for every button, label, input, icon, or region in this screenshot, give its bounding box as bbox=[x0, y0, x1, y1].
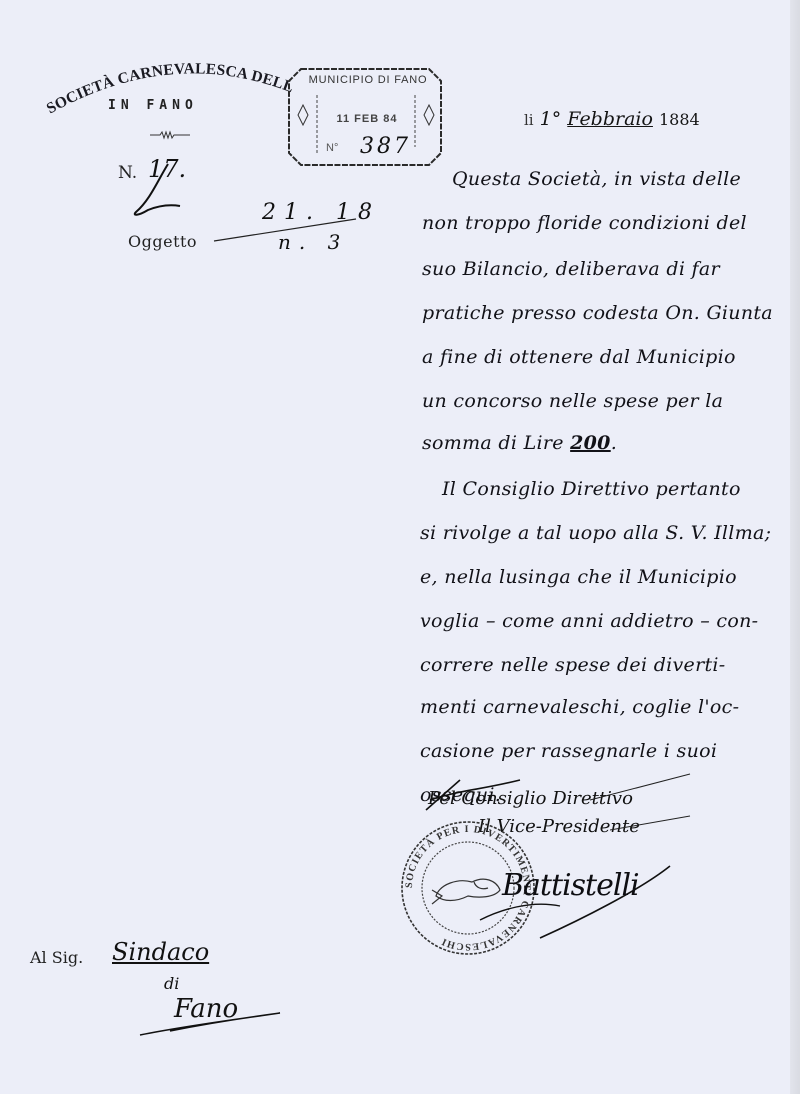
number-flourish bbox=[128, 160, 198, 220]
stamp-date: 11 FEB 84 bbox=[322, 113, 412, 125]
letterhead-city: IN FANO bbox=[108, 98, 198, 113]
amount-value: 200 bbox=[570, 432, 611, 454]
body-line-amount: somma di Lire 200. bbox=[422, 432, 617, 454]
body-line: Questa Società, in vista delle bbox=[452, 168, 741, 190]
amount-prefix: somma di Lire bbox=[422, 432, 564, 454]
body-line: a fine di ottenere dal Municipio bbox=[422, 346, 736, 368]
page-edge bbox=[790, 0, 800, 1094]
reference-bottom: n. 3 bbox=[278, 230, 348, 254]
amount-suffix: . bbox=[611, 432, 617, 454]
addressee-prefix: Al Sig. bbox=[30, 948, 83, 967]
body-line: casione per rassegnarle i suoi bbox=[420, 740, 717, 762]
addressee-flourish bbox=[130, 995, 290, 1040]
signature-flourish bbox=[420, 770, 700, 950]
date-day: 1° bbox=[540, 108, 562, 130]
body-line: suo Bilancio, deliberava di far bbox=[422, 258, 720, 280]
body-line: voglia – come anni addietro – con- bbox=[420, 610, 758, 632]
body-line: si rivolge a tal uopo alla S. V. Illma; bbox=[420, 522, 771, 544]
stamp-number-prefix: N° bbox=[326, 142, 338, 154]
letterhead-ornament bbox=[150, 130, 190, 140]
addressee-preposition: di bbox=[164, 974, 179, 993]
body-line: pratiche presso codesta On. Giunta bbox=[422, 302, 773, 324]
stamp-number: 387 bbox=[360, 134, 411, 159]
body-line: e, nella lusinga che il Municipio bbox=[420, 566, 737, 588]
body-line: non troppo floride condizioni del bbox=[422, 212, 747, 234]
letter-date: li 1° Febbraio 1884 bbox=[524, 108, 700, 130]
body-line: correre nelle spese dei diverti- bbox=[420, 654, 726, 676]
body-line: Il Consiglio Direttivo pertanto bbox=[442, 478, 741, 500]
body-line: menti carnevaleschi, coglie l'oc- bbox=[420, 696, 739, 718]
subject-label: Oggetto bbox=[128, 232, 197, 251]
date-month: Febbraio bbox=[567, 108, 653, 130]
date-year: 1884 bbox=[659, 110, 700, 129]
body-line: un concorso nelle spese per la bbox=[422, 390, 723, 412]
stamp-title: MUNICIPIO DI FANO bbox=[300, 74, 436, 86]
signature: Battistelli bbox=[502, 868, 639, 903]
date-prefix: li bbox=[524, 111, 534, 129]
addressee-title: Sindaco bbox=[112, 938, 209, 966]
